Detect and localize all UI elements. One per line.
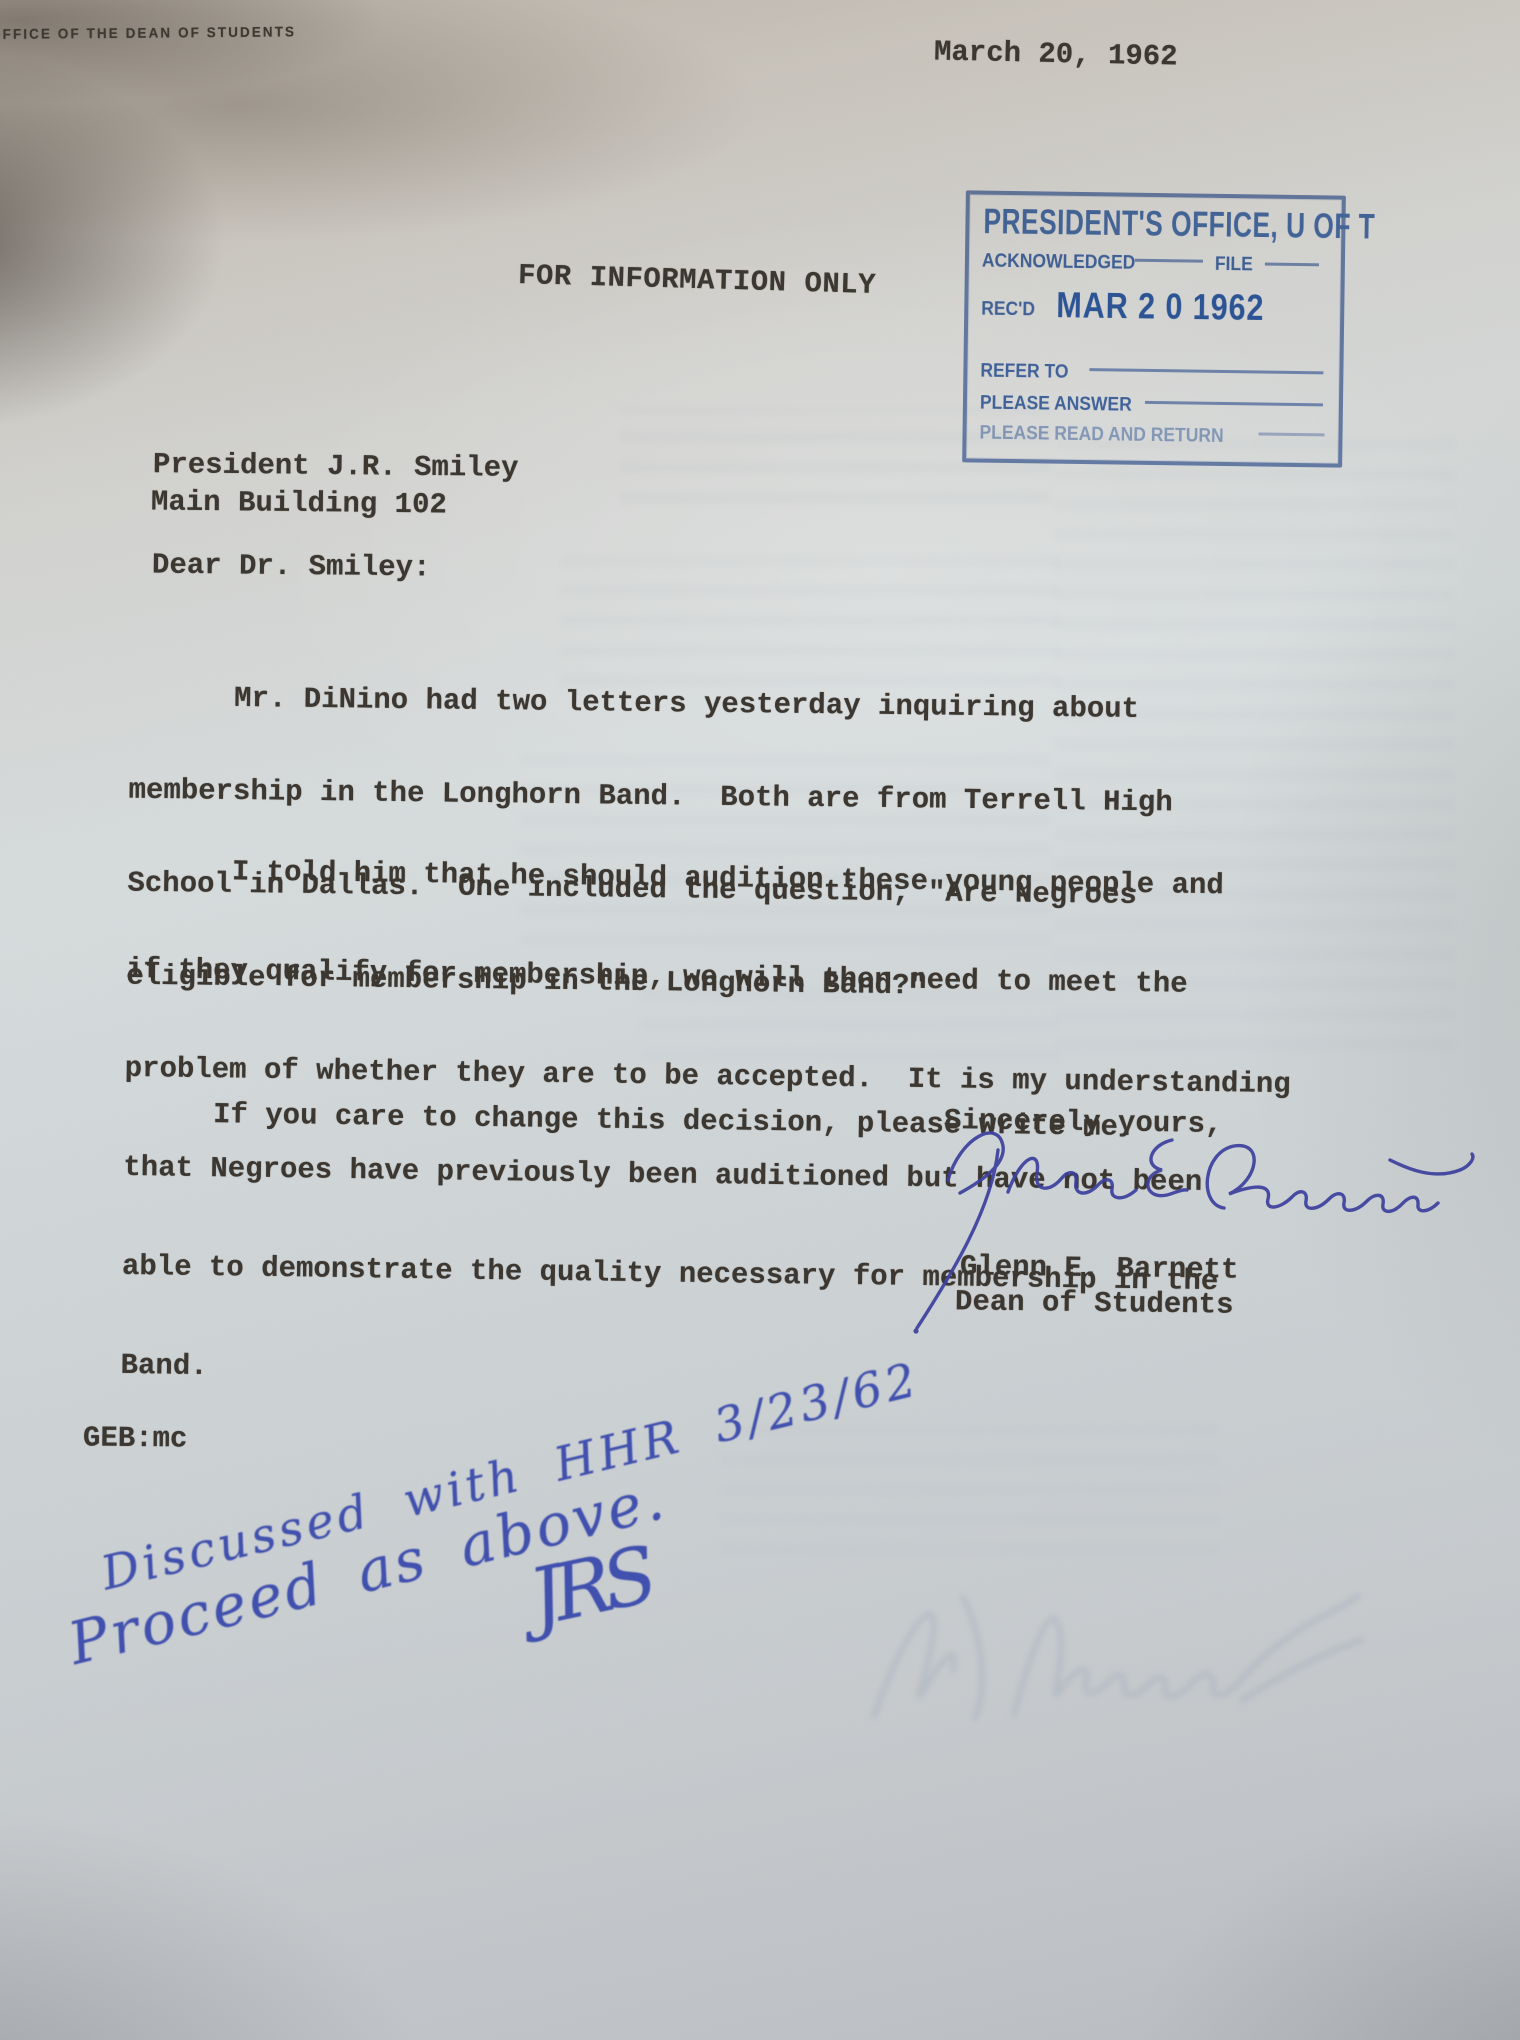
body-line: Mr. DiNino had two letters yesterday inq… — [130, 682, 1174, 726]
recipient-address-line: Main Building 102 — [151, 485, 447, 521]
presidents-office-received-stamp: PRESIDENT'S OFFICE, U OF T ACKNOWLEDGED … — [962, 190, 1346, 467]
stamp-acknowledged-blank — [1135, 239, 1203, 263]
body-line: I told him that he should audition these… — [127, 854, 1293, 903]
scanned-letter-page: OFFICE OF THE DEAN OF STUDENTS March 20,… — [0, 0, 1520, 2040]
stamp-file-blank — [1265, 243, 1319, 267]
stamp-please-answer-blank — [1145, 381, 1323, 406]
salutation: Dear Dr. Smiley: — [152, 549, 431, 585]
reference-initials: GEB:mc — [83, 1421, 188, 1455]
body-line: if they qualify for membership, we will … — [126, 953, 1292, 1002]
signer-typed-name: Glenn E. Barnett — [960, 1250, 1239, 1286]
recipient-name-line: President J.R. Smiley — [153, 448, 519, 485]
stamp-please-answer-label: PLEASE ANSWER — [980, 393, 1132, 417]
stamp-please-read-label: PLEASE READ AND RETURN — [979, 423, 1223, 448]
bleedthrough-signature — [874, 1596, 1362, 1718]
stamp-refer-to-label: REFER TO — [980, 361, 1068, 384]
valediction: Sincerely yours, — [944, 1104, 1223, 1141]
stamp-received-label: REC'D — [981, 299, 1035, 322]
letterhead-office-line: OFFICE OF THE DEAN OF STUDENTS — [0, 23, 296, 42]
stamp-acknowledged-label: ACKNOWLEDGED — [982, 251, 1136, 275]
date-line: March 20, 1962 — [934, 35, 1178, 73]
stamp-refer-to-blank — [1089, 348, 1323, 374]
routing-note: FOR INFORMATION ONLY — [518, 259, 877, 302]
stamp-received-date: MAR 2 0 1962 — [1056, 286, 1265, 330]
stamp-file-label: FILE — [1215, 254, 1253, 277]
body-line: Band. — [120, 1349, 1286, 1398]
signer-typed-title: Dean of Students — [955, 1285, 1234, 1321]
stamp-please-read-blank — [1259, 412, 1325, 436]
